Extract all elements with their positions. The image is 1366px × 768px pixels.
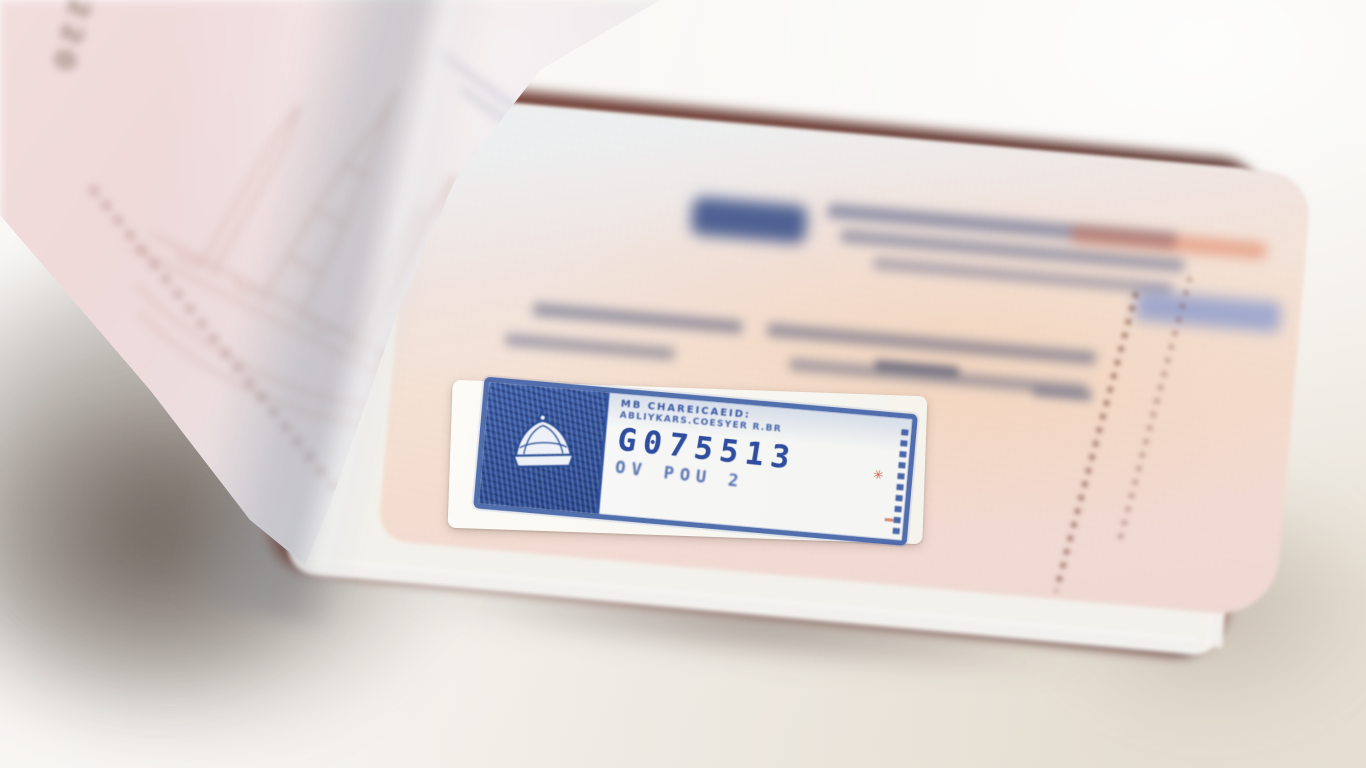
entry-stamp: MB CHAREICAEID: ABLIYKARS.COESYER R.BR G…	[473, 377, 918, 546]
page-corner-characters: 220	[45, 0, 96, 80]
stamp-text-area: MB CHAREICAEID: ABLIYKARS.COESYER R.BR G…	[599, 393, 912, 541]
stamp-crest-panel	[479, 382, 610, 514]
stamp-red-dash	[885, 518, 894, 522]
dome-crest-icon	[495, 404, 590, 480]
visa-sticker: MB CHAREICAEID: ABLIYKARS.COESYER R.BR G…	[448, 380, 928, 544]
photo-scene: 220 MB CHAREICAEID: ABLIYKARS.CO	[0, 0, 1366, 768]
